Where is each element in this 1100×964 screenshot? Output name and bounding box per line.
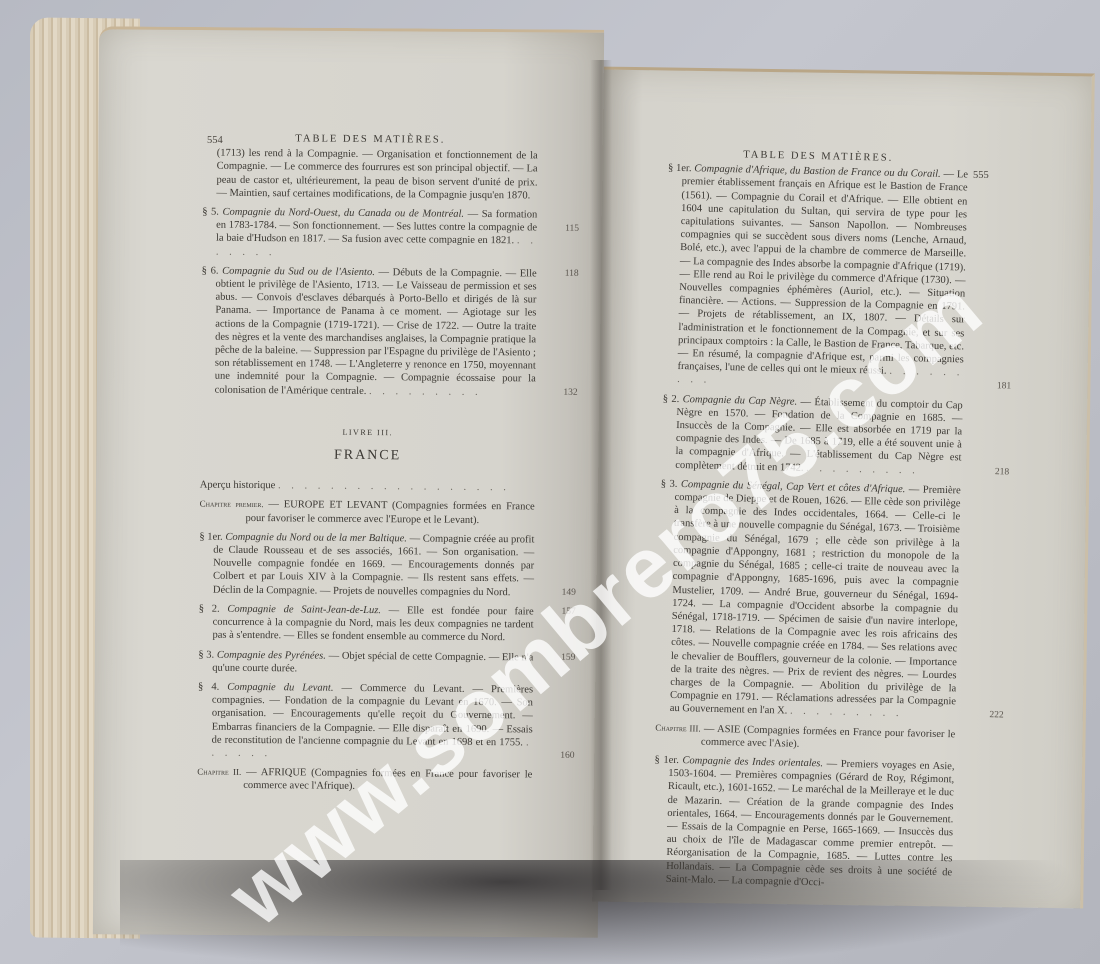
section-mark: § 5. bbox=[202, 207, 219, 218]
toc-entry: § 2. Compagnie de Saint-Jean-de-Luz. — E… bbox=[198, 602, 533, 645]
entry-page-number: 160 bbox=[560, 750, 574, 763]
toc-entry: § 5. Compagnie du Nord-Ouest, du Canada … bbox=[202, 206, 537, 262]
chapter-label: Chapitre II. bbox=[197, 767, 241, 777]
chapter-label: Chapitre premier. bbox=[200, 499, 264, 510]
toc-entry: (1713) les rend à la Compagnie. — Organi… bbox=[202, 147, 537, 203]
chapter-heading: Chapitre III. — ASIE (Compagnies formées… bbox=[655, 721, 956, 754]
book-gutter bbox=[590, 60, 612, 890]
entry-text: — Débuts de la Compagnie. — Elle obtient… bbox=[215, 267, 537, 397]
part-title: FRANCE bbox=[200, 448, 535, 464]
entry-page-number: 115 bbox=[565, 222, 579, 235]
entry-page-number: 222 bbox=[989, 709, 1004, 723]
entry-title: Compagnie du Nord-Ouest, du Canada ou de… bbox=[222, 207, 464, 220]
entry-page-number: 118 bbox=[565, 268, 579, 281]
chapter-title: — AFRIQUE bbox=[246, 767, 306, 779]
running-head: TABLE DES MATIÈRES. bbox=[203, 132, 538, 148]
section-mark: § 6. bbox=[202, 265, 219, 276]
entry-page-number: 181 bbox=[997, 381, 1012, 395]
entry-page-number: 132 bbox=[563, 386, 577, 399]
toc-entry: § 6. Compagnie du Sud ou de l'Asiento. —… bbox=[201, 264, 537, 399]
chapter-heading: Chapitre premier. — EUROPE ET LEVANT (Co… bbox=[199, 498, 534, 527]
livre-heading: LIVRE III. bbox=[200, 424, 535, 440]
entry-page-number: 218 bbox=[995, 466, 1010, 480]
chapter-title: — EUROPE ET LEVANT bbox=[268, 500, 387, 512]
chapter-label: Chapitre III. bbox=[655, 722, 701, 733]
toc-entry: § 1er. Compagnie des Indes orientales. —… bbox=[652, 753, 955, 892]
entry-title: Compagnie du Sud ou de l'Asiento. bbox=[222, 266, 375, 278]
toc-entry-apercu: Aperçu historique . . . . . . . . . . . … bbox=[200, 479, 535, 495]
right-page-number: 555 bbox=[973, 170, 989, 181]
chapter-title: — ASIE bbox=[704, 723, 741, 735]
toc-entry: § 1er. Compagnie du Nord ou de la mer Ba… bbox=[199, 530, 535, 599]
